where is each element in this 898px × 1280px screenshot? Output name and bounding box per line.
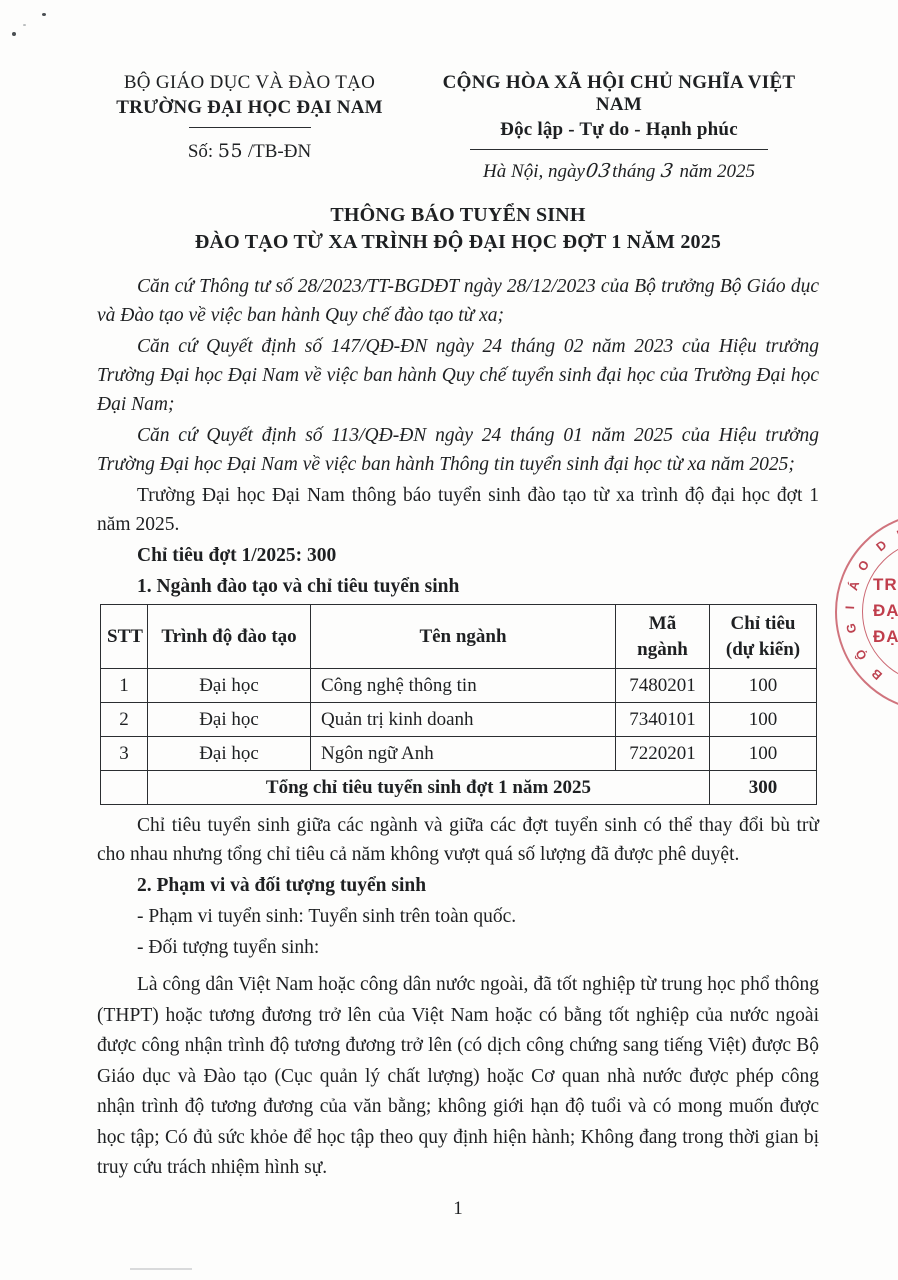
- admission-quota-table: STT Trình độ đào tạo Tên ngành Mã ngành …: [100, 604, 817, 805]
- cell-level: Đại học: [148, 737, 311, 771]
- national-motto-line2: Độc lập - Tự do - Hạnh phúc: [419, 119, 819, 141]
- target-line: - Đối tượng tuyển sinh:: [97, 933, 819, 963]
- cell-quota: 100: [710, 703, 817, 737]
- document-number: Số: 55 /TB-ĐN: [97, 140, 402, 163]
- table-total-row: Tổng chỉ tiêu tuyển sinh đợt 1 năm 2025 …: [101, 771, 817, 805]
- title-line1: THÔNG BÁO TUYỂN SINH: [97, 202, 819, 229]
- header-divider-left: [189, 127, 311, 128]
- scope-line: - Phạm vi tuyển sinh: Tuyển sinh trên to…: [97, 902, 819, 932]
- stamp-text-line1: TR: [873, 572, 898, 598]
- date-mid: tháng: [612, 161, 655, 182]
- col-header-quota-line1: Chỉ tiêu: [716, 611, 810, 637]
- document-title: THÔNG BÁO TUYỂN SINH ĐÀO TẠO TỪ XA TRÌNH…: [97, 202, 819, 256]
- table-row: 2 Đại học Quản trị kinh doanh 7340101 10…: [101, 703, 817, 737]
- section-2-heading: 2. Phạm vi và đối tượng tuyển sinh: [97, 871, 819, 900]
- ministry-name: BỘ GIÁO DỤC VÀ ĐÀO TẠO: [97, 72, 402, 94]
- table-row: 1 Đại học Công nghệ thông tin 7480201 10…: [101, 669, 817, 703]
- legal-basis-paragraph-3: Căn cứ Quyết định số 113/QĐ-ĐN ngày 24 t…: [97, 421, 819, 479]
- scan-speck: [42, 13, 46, 16]
- date-suffix: năm 2025: [679, 161, 754, 182]
- stamp-ring-letter: G: [841, 618, 862, 639]
- page-number: 1: [97, 1198, 819, 1220]
- header-divider-right: [470, 149, 768, 150]
- cell-code: 7480201: [616, 669, 710, 703]
- cell-code: 7220201: [616, 737, 710, 771]
- quota-heading: Chỉ tiêu đợt 1/2025: 300: [97, 541, 819, 570]
- stamp-text-line3: ĐẠ: [873, 624, 898, 650]
- table-row: 3 Đại học Ngôn ngữ Anh 7220201 100: [101, 737, 817, 771]
- document-page: BỘ GIÁO DỤC VÀ ĐÀO TẠO TRƯỜNG ĐẠI HỌC ĐẠ…: [0, 0, 898, 1280]
- cell-code: 7340101: [616, 703, 710, 737]
- col-header-quota-line2: (dự kiến): [716, 637, 810, 663]
- doc-number-suffix: /TB-ĐN: [248, 141, 311, 162]
- legal-basis-paragraph-2: Căn cứ Quyết định số 147/QĐ-ĐN ngày 24 t…: [97, 332, 819, 419]
- cell-major: Quản trị kinh doanh: [311, 703, 616, 737]
- doc-number-prefix: Số:: [188, 141, 213, 162]
- scan-artifact-line: [130, 1268, 192, 1270]
- date-day: 03: [584, 160, 612, 182]
- table-header-row: STT Trình độ đào tạo Tên ngành Mã ngành …: [101, 605, 817, 669]
- cell-quota: 100: [710, 669, 817, 703]
- announcement-paragraph: Trường Đại học Đại Nam thông báo tuyển s…: [97, 481, 819, 539]
- issue-date: Hà Nội, ngày03tháng 3 năm 2025: [419, 160, 819, 183]
- scan-speck: [12, 32, 16, 36]
- total-label: Tổng chỉ tiêu tuyển sinh đợt 1 năm 2025: [148, 771, 710, 805]
- quota-note-paragraph: Chỉ tiêu tuyển sinh giữa các ngành và gi…: [97, 811, 819, 869]
- cell-level: Đại học: [148, 703, 311, 737]
- eligibility-paragraph: Là công dân Việt Nam hoặc công dân nước …: [97, 970, 819, 1184]
- legal-basis-paragraph-1: Căn cứ Thông tư số 28/2023/TT-BGDĐT ngày…: [97, 272, 819, 330]
- col-header-quota: Chỉ tiêu (dự kiến): [710, 605, 817, 669]
- doc-number-value: 55: [218, 140, 243, 162]
- cell-level: Đại học: [148, 669, 311, 703]
- document-body: Căn cứ Thông tư số 28/2023/TT-BGDĐT ngày…: [97, 272, 819, 1220]
- date-month: 3: [660, 160, 676, 182]
- cell-empty: [101, 771, 148, 805]
- section-1-heading: 1. Ngành đào tạo và chỉ tiêu tuyển sinh: [97, 572, 819, 601]
- date-prefix: Hà Nội, ngày: [483, 161, 585, 182]
- title-line2: ĐÀO TẠO TỪ XA TRÌNH ĐỘ ĐẠI HỌC ĐỢT 1 NĂM…: [97, 229, 819, 256]
- col-header-stt: STT: [101, 605, 148, 669]
- cell-stt: 2: [101, 703, 148, 737]
- stamp-center-text: TR ĐẠ ĐẠ: [873, 572, 898, 650]
- cell-stt: 3: [101, 737, 148, 771]
- col-header-code: Mã ngành: [616, 605, 710, 669]
- col-header-major: Tên ngành: [311, 605, 616, 669]
- cell-major: Ngôn ngữ Anh: [311, 737, 616, 771]
- national-motto-line1: CỘNG HÒA XÃ HỘI CHỦ NGHĨA VIỆT NAM: [419, 72, 819, 116]
- col-header-level: Trình độ đào tạo: [148, 605, 311, 669]
- stamp-ring-letter: I: [841, 598, 860, 617]
- stamp-text-line2: ĐẠ: [873, 598, 898, 624]
- university-name: TRƯỜNG ĐẠI HỌC ĐẠI NAM: [97, 97, 402, 119]
- cell-major: Công nghệ thông tin: [311, 669, 616, 703]
- cell-quota: 100: [710, 737, 817, 771]
- document-header: BỘ GIÁO DỤC VÀ ĐÀO TẠO TRƯỜNG ĐẠI HỌC ĐẠ…: [97, 72, 819, 183]
- national-motto-block: CỘNG HÒA XÃ HỘI CHỦ NGHĨA VIỆT NAM Độc l…: [419, 72, 819, 183]
- cell-stt: 1: [101, 669, 148, 703]
- scan-speck: [23, 24, 26, 26]
- total-value: 300: [710, 771, 817, 805]
- issuing-authority-block: BỘ GIÁO DỤC VÀ ĐÀO TẠO TRƯỜNG ĐẠI HỌC ĐẠ…: [97, 72, 402, 183]
